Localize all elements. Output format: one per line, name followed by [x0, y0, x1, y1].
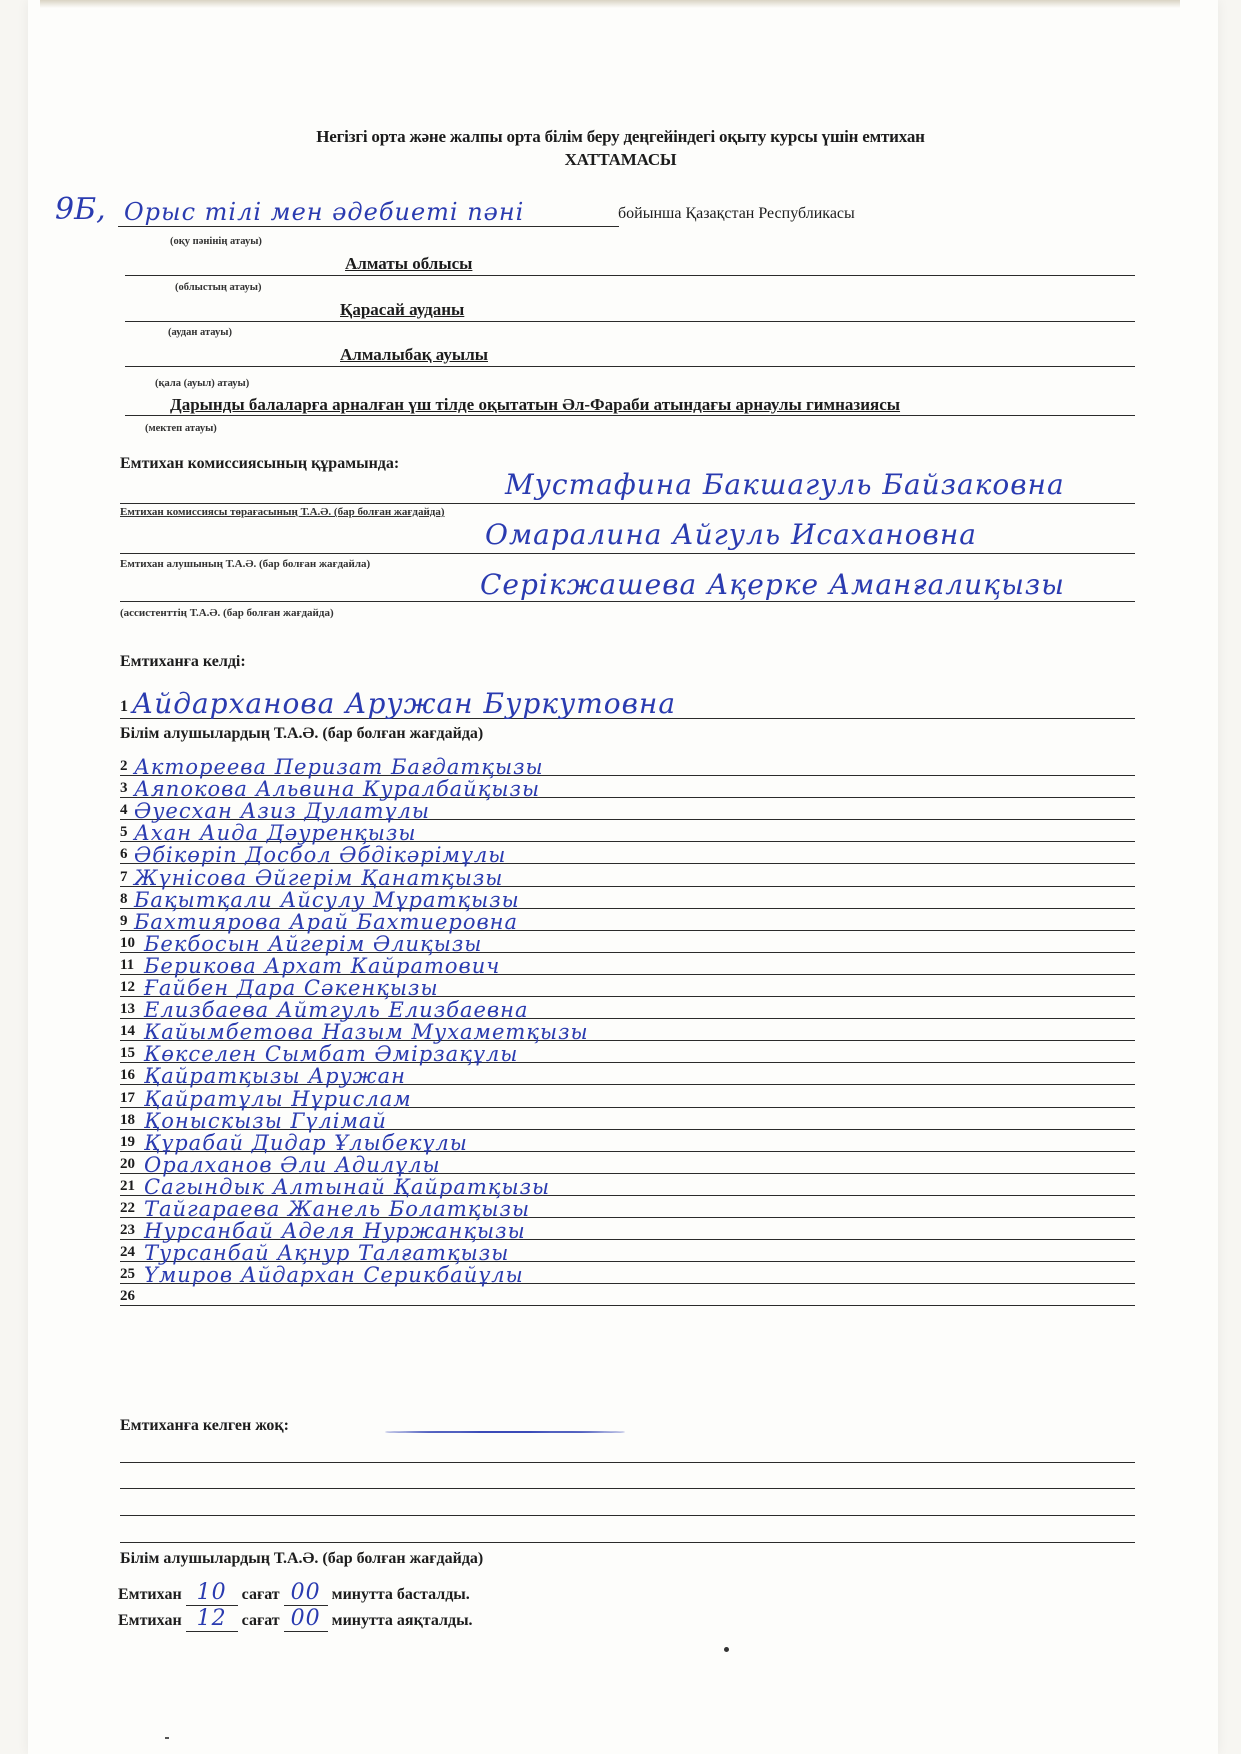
student-row[interactable]: 8Бақытқали Айсулу Мұратқызы — [120, 888, 1135, 909]
student-row[interactable]: 22Тайгарaева Жанель Болатқызы — [120, 1197, 1135, 1218]
student-row[interactable]: 10Бекбосын Айгерім Әлиқызы — [120, 932, 1135, 953]
student-name: Құрабай Дидар Ұлыбекұлы — [144, 1131, 468, 1155]
student-name: Бақытқали Айсулу Мұратқызы — [134, 888, 520, 912]
region-line — [125, 275, 1135, 276]
school-line — [125, 415, 1135, 416]
village-line — [125, 366, 1135, 367]
start-minute-field[interactable]: 00 — [284, 1580, 328, 1606]
end-minute-field[interactable]: 00 — [284, 1606, 328, 1632]
absent-dash-mark — [385, 1431, 625, 1433]
student-number: 12 — [120, 979, 146, 996]
student-number: 19 — [120, 1134, 146, 1151]
student-row[interactable]: 24Турсанбай Ақнур Талғатқызы — [120, 1241, 1135, 1262]
student-number: 23 — [120, 1222, 146, 1239]
student-number: 15 — [120, 1045, 146, 1062]
student-row[interactable]: 11Берикова Архат Кайратович — [120, 954, 1135, 975]
student-number: 22 — [120, 1200, 146, 1217]
student-number: 21 — [120, 1178, 146, 1195]
end-suffix: минутта аяқталды. — [332, 1612, 473, 1629]
start-hour-word: сағат — [242, 1586, 280, 1603]
village-value: Алмалыбақ ауылы — [340, 345, 488, 365]
assistant-line — [120, 601, 1135, 602]
student-row[interactable]: 17Қайратұлы Нұрислам — [120, 1087, 1135, 1108]
chair-name[interactable]: Мустафина Бакшагуль Байзаковна — [505, 468, 1065, 501]
subject-field[interactable]: Орыс тілі мен әдебиеті пәні — [118, 198, 619, 227]
student-number: 24 — [120, 1244, 146, 1261]
student-name: Оралханов Әли Адилұлы — [144, 1153, 441, 1177]
ink-speck — [165, 1737, 169, 1739]
student-name: Әуесхан Азиз Дулатұлы — [134, 799, 430, 823]
absent-students-caption: Білім алушылардың Т.А.Ә. (бар болған жағ… — [120, 1550, 483, 1568]
student-name: Нурсанбай Аделя Нуржанқызы — [144, 1219, 526, 1243]
student-number: 11 — [120, 957, 146, 974]
student-number: 26 — [120, 1288, 146, 1305]
student-name: Берикова Архат Кайратович — [144, 954, 500, 978]
exam-end-row: Емтихан 12 сағат 00 минутта аяқталды. — [118, 1606, 473, 1632]
student-row[interactable]: 4Әуесхан Азиз Дулатұлы — [120, 799, 1135, 820]
absent-line-4[interactable] — [120, 1542, 1135, 1543]
student-row[interactable]: 21Сагындык Алтынай Қайратқызы — [120, 1175, 1135, 1196]
chair-line — [120, 503, 1135, 504]
absent-line-3[interactable] — [120, 1515, 1135, 1516]
student-row[interactable]: 1 Айдарханова Аружан Буркутовна — [120, 688, 1135, 719]
student-row[interactable]: 6Әбікөріп Досбол Әбдікәрімұлы — [120, 843, 1135, 864]
scan-edge — [40, 0, 1180, 8]
attended-heading: Емтиханға келді: — [120, 653, 246, 671]
student-row[interactable]: 5Ахан Аида Дәуренқызы — [120, 821, 1135, 842]
document-subtitle: ХАТТАМАСЫ — [0, 150, 1241, 170]
absent-line-1[interactable] — [120, 1462, 1135, 1463]
student-name: Әбікөріп Досбол Әбдікәрімұлы — [134, 843, 506, 867]
village-caption: (қала (ауыл) атауы) — [155, 378, 249, 389]
student-name: Қоныскызы Гүлімай — [144, 1109, 387, 1133]
student-name: Аяпокова Альвина Куралбайқызы — [134, 777, 540, 801]
student-row[interactable]: 20Оралханов Әли Адилұлы — [120, 1153, 1135, 1174]
student-row[interactable]: 2Актореева Перизат Бағдатқызы — [120, 755, 1135, 776]
student-name: Ахан Аида Дәуренқызы — [134, 821, 416, 845]
end-prefix: Емтихан — [118, 1612, 182, 1629]
start-prefix: Емтихан — [118, 1586, 182, 1603]
school-value: Дарынды балаларға арналған үш тілде оқыт… — [170, 395, 900, 415]
student-name: Көкселен Сымбат Әмірзақұлы — [144, 1042, 518, 1066]
student-row[interactable]: 16Қайратқызы Аружан — [120, 1064, 1135, 1085]
student-row[interactable]: 23Нурсанбай Аделя Нуржанқызы — [120, 1219, 1135, 1240]
student-name: Үмиров Айдархан Серикбайұлы — [144, 1263, 524, 1287]
end-hour-word: сағат — [242, 1612, 280, 1629]
document-title: Негізгі орта және жалпы орта білім беру … — [0, 127, 1241, 147]
student-name: Актореева Перизат Бағдатқызы — [134, 755, 544, 779]
district-value: Қарасай ауданы — [340, 300, 464, 320]
student-number: 17 — [120, 1090, 146, 1107]
student-number: 13 — [120, 1001, 146, 1018]
exam-start-row: Емтихан 10 сағат 00 минутта басталды. — [118, 1580, 470, 1606]
student-row[interactable]: 9Бахтиярова Арай Бахтиеровна — [120, 910, 1135, 931]
ink-dot — [724, 1647, 729, 1652]
student-name: Бекбосын Айгерім Әлиқызы — [144, 932, 482, 956]
start-suffix: минутта басталды. — [332, 1586, 470, 1603]
district-caption: (аудан атауы) — [168, 327, 232, 338]
student-number: 18 — [120, 1112, 146, 1129]
student-row[interactable]: 19Құрабай Дидар Ұлыбекұлы — [120, 1131, 1135, 1152]
district-line — [125, 321, 1135, 322]
student-row[interactable]: 7Жүнісова Әйгерім Қанатқызы — [120, 866, 1135, 887]
student-number: 25 — [120, 1266, 146, 1283]
examiner-name[interactable]: Омаралина Айгуль Исахановна — [485, 518, 977, 551]
student-row[interactable]: 12Ғайбен Дара Сәкенқызы — [120, 976, 1135, 997]
student-row[interactable]: 25Үмиров Айдархан Серикбайұлы — [120, 1263, 1135, 1284]
chair-caption: Емтихан комиссиясы төрағасының Т.А.Ә. (б… — [120, 506, 445, 518]
students-caption: Білім алушылардың Т.А.Ә. (бар болған жағ… — [120, 725, 483, 743]
class-label: 9Б, — [55, 192, 106, 227]
start-hour-field[interactable]: 10 — [186, 1580, 238, 1606]
student-row[interactable]: 14Кайымбетова Назым Мухаметқызы — [120, 1020, 1135, 1041]
student-name: Бахтиярова Арай Бахтиеровна — [134, 910, 518, 934]
assistant-caption: (ассистенттің Т.А.Ә. (бар болған жағдайд… — [120, 607, 334, 619]
student-name: Қайратқызы Аружан — [144, 1064, 406, 1088]
student-number: 10 — [120, 935, 146, 952]
region-caption: (облыстың атауы) — [175, 282, 261, 293]
subject-caption: (оқу пәнінің атауы) — [170, 236, 262, 247]
examiner-line — [120, 553, 1135, 554]
student-row[interactable]: 26 — [120, 1285, 1135, 1306]
absent-line-2[interactable] — [120, 1488, 1135, 1489]
end-hour-field[interactable]: 12 — [186, 1606, 238, 1632]
assistant-name[interactable]: Серікжашева Ақерке Аманғалиқызы — [480, 568, 1065, 601]
student-number: 16 — [120, 1067, 146, 1084]
student-name: Айдарханова Аружан Буркутовна — [132, 687, 676, 720]
student-name: Турсанбай Ақнур Талғатқызы — [144, 1241, 509, 1265]
student-row[interactable]: 18Қоныскызы Гүлімай — [120, 1109, 1135, 1130]
student-row[interactable]: 3Аяпокова Альвина Куралбайқызы — [120, 777, 1135, 798]
student-name: Тайгарaева Жанель Болатқызы — [144, 1197, 530, 1221]
student-name: Жүнісова Әйгерім Қанатқызы — [134, 866, 503, 890]
student-name: Елизбаева Айтгуль Елизбаевна — [144, 998, 529, 1022]
student-number: 14 — [120, 1023, 146, 1040]
student-row[interactable]: 15Көкселен Сымбат Әмірзақұлы — [120, 1042, 1135, 1063]
student-row[interactable]: 13Елизбаева Айтгуль Елизбаевна — [120, 998, 1135, 1019]
student-name: Сагындык Алтынай Қайратқызы — [144, 1175, 550, 1199]
examiner-caption: Емтихан алушының Т.А.Ә. (бар болған жағд… — [120, 558, 370, 570]
region-value: Алматы облысы — [345, 254, 472, 274]
commission-heading: Емтихан комиссиясының құрамында: — [120, 455, 399, 473]
student-name: Қайратұлы Нұрислам — [144, 1087, 412, 1111]
subject-suffix: бойынша Қазақстан Республикасы — [618, 205, 855, 223]
student-number: 20 — [120, 1156, 146, 1173]
student-name: Ғайбен Дара Сәкенқызы — [144, 976, 439, 1000]
school-caption: (мектеп атауы) — [145, 423, 217, 434]
student-name: Кайымбетова Назым Мухаметқызы — [144, 1020, 589, 1044]
absent-heading: Емтиханға келген жоқ: — [120, 1417, 289, 1435]
